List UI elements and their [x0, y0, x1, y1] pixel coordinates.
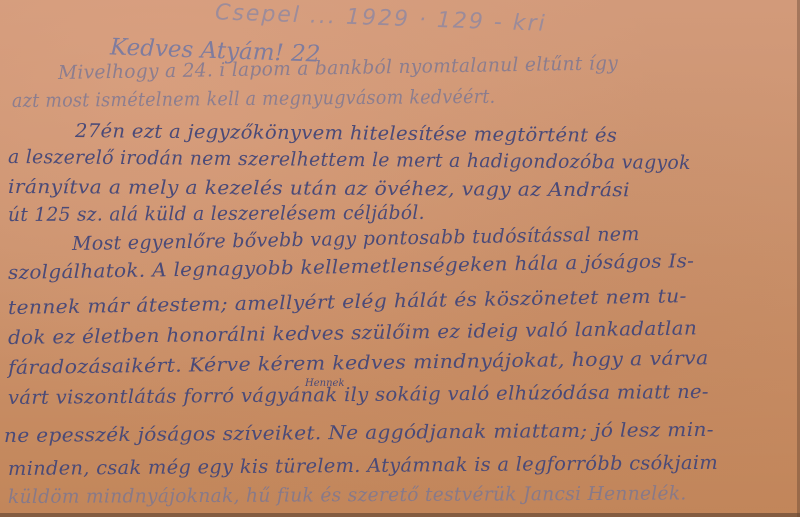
text-line-12: várt viszontlátás forró vágyának ily sok… — [8, 381, 709, 409]
text-line-9: tennek már átestem; amellyért elég hálát… — [8, 285, 687, 319]
text-line-5: irányítva a mely a kezelés után az övéhe… — [8, 176, 630, 201]
text-line-3: 27én ezt a jegyzőkönyvem hitelesítése me… — [75, 120, 617, 147]
text-line-15: küldöm mindnyájoknak, hű fiuk és szerető… — [8, 482, 687, 508]
text-line-13: ne epesszék jóságos szíveiket. Ne aggódj… — [4, 419, 714, 447]
text-line-10: dok ez életben honorálni kedves szülőim … — [8, 317, 697, 349]
postcard: Csepel ... 1929 · 129 - kri Kedves Atyám… — [0, 0, 800, 517]
text-line-2: azt most ismételnem kell a megnyugvásom … — [12, 86, 496, 112]
text-line-4: a leszerelő irodán nem szerelhettem le m… — [8, 146, 691, 174]
text-line-11: fáradozásaikért. Kérve kérem kedves mind… — [8, 347, 709, 379]
text-line-14: minden, csak még egy kis türelem. Atyámn… — [8, 452, 718, 480]
text-line-6: út 125 sz. alá küld a leszerelésem céljá… — [8, 202, 425, 226]
text-line-8: szolgálhatok. A legnagyobb kellemetlensé… — [8, 250, 695, 284]
text-line-7: Most egyenlőre bővebb vagy pontosabb tud… — [72, 223, 640, 255]
interlinear-note: Hennek — [305, 378, 345, 389]
postmark-header: Csepel ... 1929 · 129 - kri — [215, 0, 547, 37]
